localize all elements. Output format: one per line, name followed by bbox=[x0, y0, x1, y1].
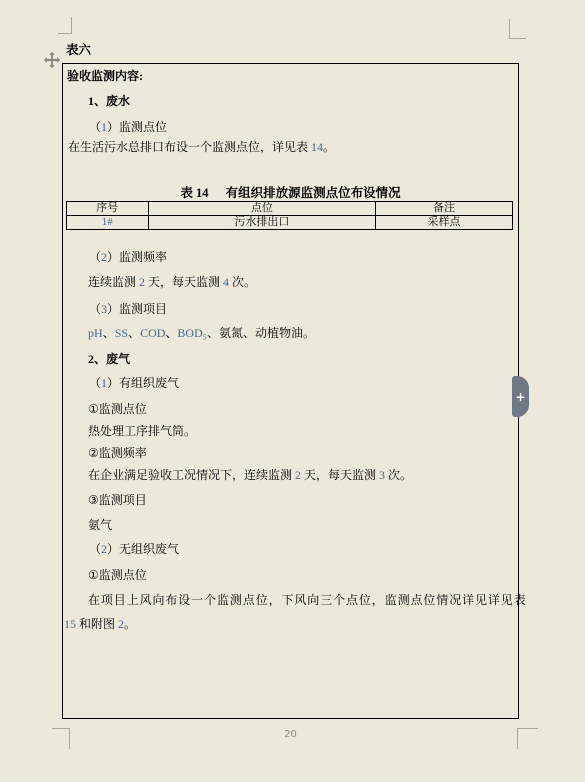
table-cell: 1# bbox=[67, 216, 149, 230]
table-section-label: 表六 bbox=[66, 40, 91, 58]
doc-line: 15 和附图 2。 bbox=[64, 617, 136, 631]
doc-line: 在项目上风向布设一个监测点位，下风向三个点位，监测点位情况详见详见表 bbox=[88, 593, 527, 607]
page-margin-mark-bottom-right bbox=[517, 728, 538, 749]
table-move-handle-icon[interactable] bbox=[43, 51, 61, 69]
doc-line: 2、废气 bbox=[88, 352, 130, 366]
doc-line: （2）监测频率 bbox=[89, 250, 167, 264]
table-header-row: 序号 点位 备注 bbox=[67, 202, 513, 216]
table-header-cell: 点位 bbox=[148, 202, 375, 216]
page-margin-mark-top-left bbox=[58, 17, 72, 34]
doc-line: （1）有组织废气 bbox=[89, 376, 179, 390]
doc-line: 在企业满足验收工况情况下，连续监测 2 天，每天监测 3 次。 bbox=[88, 468, 412, 482]
side-drag-handle[interactable]: + bbox=[512, 376, 529, 417]
table-cell: 污水排出口 bbox=[148, 216, 375, 230]
doc-line: 热处理工序排气筒。 bbox=[88, 424, 196, 438]
table-caption-title: 有组织排放源监测点位布设情况 bbox=[226, 183, 401, 201]
monitoring-content-box: 验收监测内容: 1、废水 （1）监测点位 在生活污水总排口布设一个监测点位，详见… bbox=[62, 63, 519, 719]
doc-line: 在生活污水总排口布设一个监测点位，详见表 14。 bbox=[68, 140, 335, 154]
doc-line: （2）无组织废气 bbox=[89, 542, 179, 556]
table-header-cell: 序号 bbox=[67, 202, 149, 216]
doc-line: ①监测点位 bbox=[88, 402, 147, 416]
table-cell: 采样点 bbox=[376, 216, 513, 230]
doc-line: （3）监测项目 bbox=[89, 302, 167, 316]
page-number: 20 bbox=[62, 729, 519, 740]
table-caption: 表 14 有组织排放源监测点位布设情况 bbox=[63, 183, 518, 201]
page-margin-mark-top-right bbox=[509, 19, 526, 39]
doc-line: 连续监测 2 天，每天监测 4 次。 bbox=[88, 275, 256, 289]
doc-line: （1）监测点位 bbox=[89, 120, 167, 134]
table-row: 1# 污水排出口 采样点 bbox=[67, 216, 513, 230]
doc-line: ②监测频率 bbox=[88, 446, 147, 460]
document-page: 表六 验收监测内容: 1、废水 （1）监测点位 在生活污水总排口布设一个监测点位… bbox=[0, 0, 585, 782]
table-header-cell: 备注 bbox=[376, 202, 513, 216]
doc-line: ①监测点位 bbox=[88, 568, 147, 582]
doc-line: 1、废水 bbox=[88, 94, 130, 108]
table-caption-label: 表 14 bbox=[180, 183, 208, 201]
doc-line: 氨气 bbox=[88, 518, 112, 532]
doc-line: ③监测项目 bbox=[88, 493, 147, 507]
plus-icon: + bbox=[515, 390, 525, 404]
doc-line: pH、SS、COD、BOD₅、氨氮、动植物油。 bbox=[88, 326, 315, 340]
doc-line: 验收监测内容: bbox=[67, 69, 143, 83]
monitoring-points-table: 序号 点位 备注 1# 污水排出口 采样点 bbox=[66, 201, 513, 230]
